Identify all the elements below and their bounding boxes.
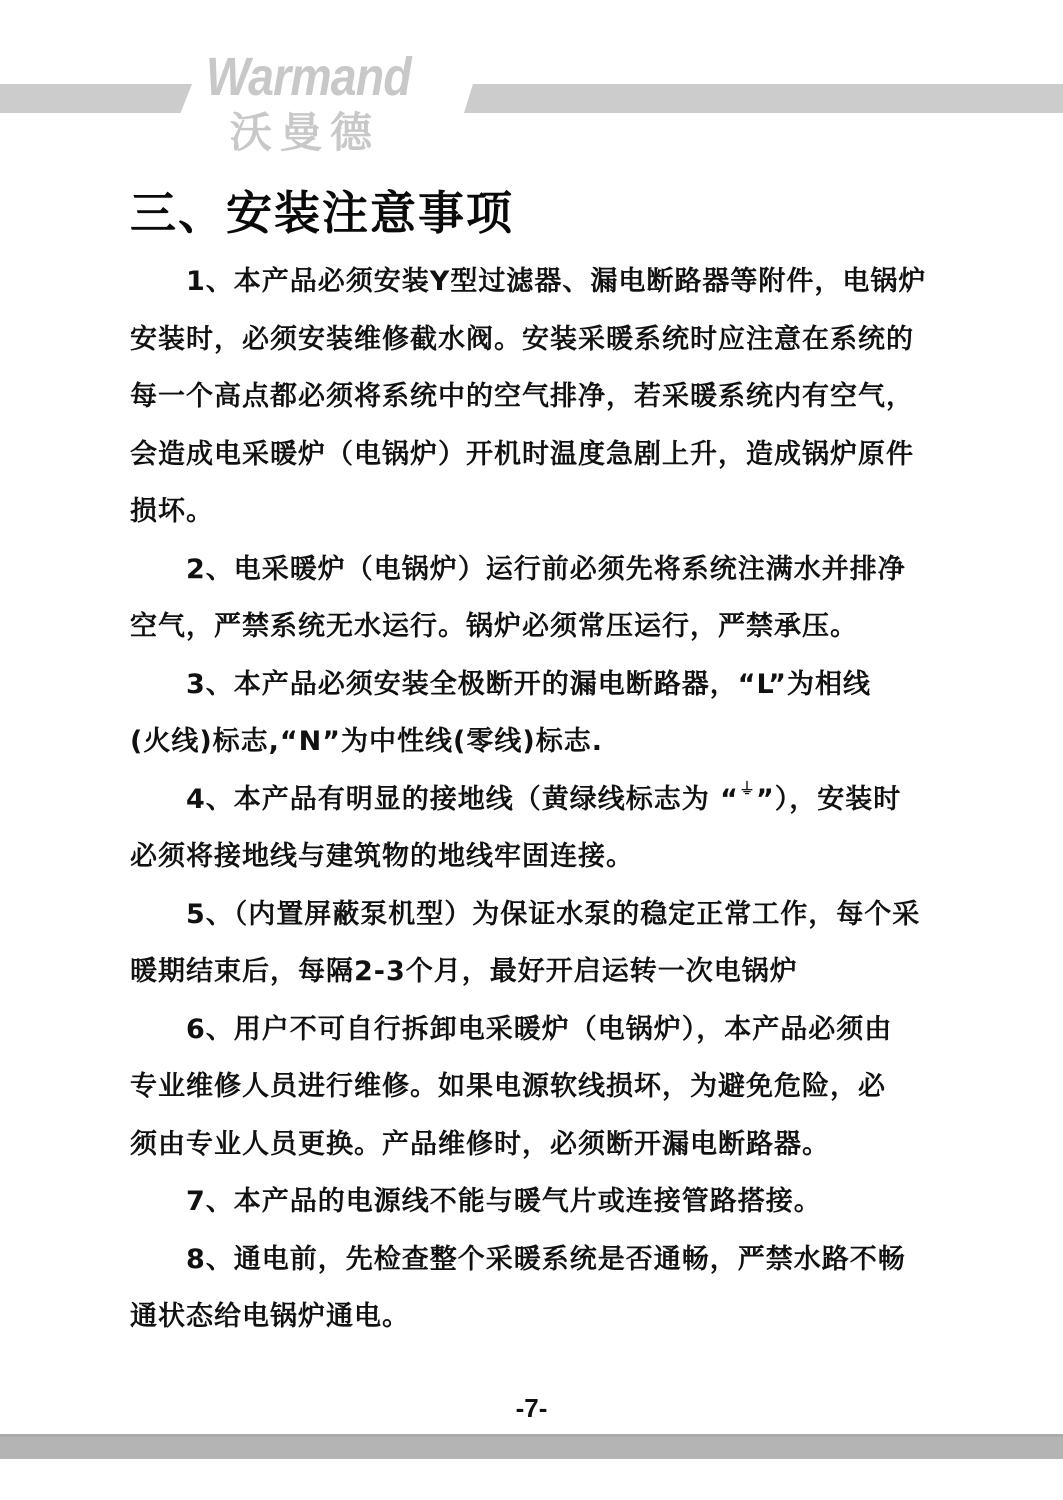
item-1-line-4: 会造成电采暖炉（电锅炉）开机时温度急剧上升，造成锅炉原件 xyxy=(130,435,970,493)
item-5-line-2: 暖期结束后，每隔2-3个月，最好开启运转一次电锅炉 xyxy=(130,952,970,1010)
section-title: 三、安装注意事项 xyxy=(130,190,514,236)
item-3-line-1: 3、本产品必须安装全极断开的漏电断路器，“L”为相线 xyxy=(130,665,970,723)
item-4-line-2: 必须将接地线与建筑物的地线牢固连接。 xyxy=(130,837,970,895)
brand-logo-cn: 沃曼德 xyxy=(230,112,380,154)
notice-list: 1、本产品必须安装Y型过滤器、漏电断路器等附件，电锅炉 安装时，必须安装维修截水… xyxy=(130,262,970,1355)
item-4-line-1-after: ”），安装时 xyxy=(756,784,901,815)
item-3-line-2: (火线)标志,“N”为中性线(零线)标志. xyxy=(130,722,970,780)
page-number: -7- xyxy=(0,1395,1063,1421)
item-4-line-1: 4、本产品有明显的接地线（黄绿线标志为 “⏚”），安装时 xyxy=(130,780,970,838)
footer-band xyxy=(0,1434,1063,1459)
brand-logo-en: Warmand xyxy=(206,50,411,104)
item-6-line-3: 须由专业人员更换。产品维修时，必须断开漏电断路器。 xyxy=(130,1125,970,1183)
item-2-line-2: 空气，严禁系统无水运行。锅炉必须常压运行，严禁承压。 xyxy=(130,607,970,665)
header-band-right xyxy=(464,84,1063,113)
item-8-line-1: 8、通电前，先检查整个采暖系统是否通畅，严禁水路不畅 xyxy=(130,1240,970,1298)
ground-icon: ⏚ xyxy=(739,781,756,797)
item-5-line-1: 5、（内置屏蔽泵机型）为保证水泵的稳定正常工作，每个采 xyxy=(130,895,970,953)
item-4-line-1-before: 4、本产品有明显的接地线（黄绿线标志为 “ xyxy=(186,784,739,815)
item-1-line-3: 每一个高点都必须将系统中的空气排净，若采暖系统内有空气， xyxy=(130,377,970,435)
item-6-line-2: 专业维修人员进行维修。如果电源软线损坏，为避免危险，必 xyxy=(130,1067,970,1125)
item-7-line-1: 7、本产品的电源线不能与暖气片或连接管路搭接。 xyxy=(130,1182,970,1240)
item-2-line-1: 2、电采暖炉（电锅炉）运行前必须先将系统注满水并排净 xyxy=(130,550,970,608)
item-1-line-2: 安装时，必须安装维修截水阀。安装采暖系统时应注意在系统的 xyxy=(130,320,970,378)
item-8-line-2: 通状态给电锅炉通电。 xyxy=(130,1297,970,1355)
item-1-line-5: 损坏。 xyxy=(130,492,970,550)
header-band-left xyxy=(0,84,192,113)
item-6-line-1: 6、用户不可自行拆卸电采暖炉（电锅炉），本产品必须由 xyxy=(130,1010,970,1068)
item-1-line-1: 1、本产品必须安装Y型过滤器、漏电断路器等附件，电锅炉 xyxy=(130,262,970,320)
